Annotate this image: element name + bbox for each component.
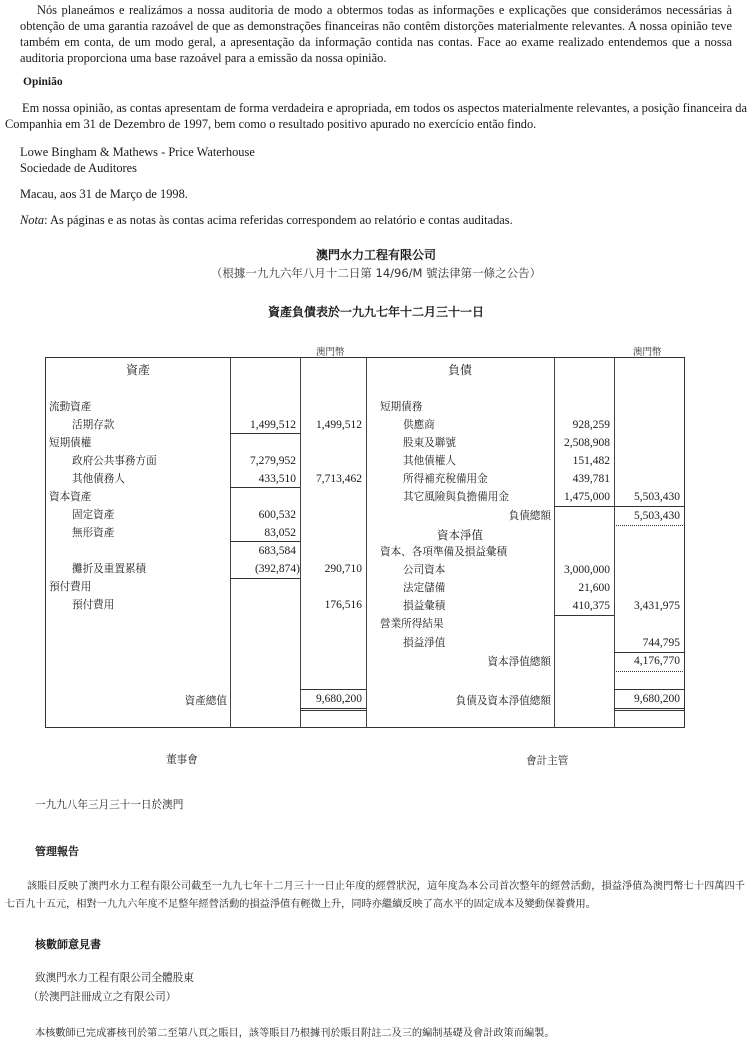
asset-value: 683,584 [232, 542, 296, 560]
opinion-paragraph: Em nossa opinião, as contas apresentam d… [5, 100, 747, 132]
liabilities-header: 負債 [366, 360, 554, 380]
grand-total-value: 9,680,200 [616, 690, 680, 708]
asset-row-label: 其他債務人 [72, 470, 125, 488]
asset-row-label: 短期債權 [49, 434, 91, 452]
equity-value: 410,375 [556, 597, 610, 615]
auditor-report-addressee-note: （於澳門註冊成立之有限公司） [28, 989, 176, 1004]
liability-value: 1,475,000 [556, 488, 610, 506]
company-subtitle: （根據一九九六年八月十二日第 14/96/M 號法律第一條之公告） [0, 265, 752, 281]
underline [554, 615, 614, 616]
asset-value: 7,279,952 [232, 452, 296, 470]
asset-subtotal: 176,516 [302, 596, 362, 614]
asset-row-label: 無形資產 [72, 524, 114, 542]
asset-row-label: 預付費用 [49, 578, 91, 596]
liability-row-label: 供應商 [403, 416, 435, 434]
equity-row-label: 公司資本 [403, 561, 445, 579]
assets-total-value: 9,680,200 [302, 690, 362, 708]
underline [230, 433, 300, 434]
asset-value: 1,499,512 [232, 416, 296, 434]
liability-value: 439,781 [556, 470, 610, 488]
opinion-heading: Opinião [23, 74, 63, 90]
place-date: Macau, aos 31 de Março de 1998. [20, 186, 188, 202]
asset-value: 600,532 [232, 506, 296, 524]
assets-header: 資產 [46, 360, 230, 380]
liabilities-total-value: 5,503,430 [616, 507, 680, 525]
signature-date-place: 一九九八年三月三十一日於澳門 [35, 797, 183, 812]
asset-row-label: 資本資產 [49, 488, 91, 506]
equity-row-label: 資本、各項準備及損益彙積 [380, 543, 507, 561]
asset-row-label: 政府公共事務方面 [72, 452, 157, 470]
note-line: Nota: As páginas e as notas às contas ac… [20, 212, 513, 228]
equity-subtotal: 744,795 [616, 634, 680, 652]
equity-total-value: 4,176,770 [616, 652, 680, 670]
asset-value: 83,052 [232, 524, 296, 542]
liability-row-label: 所得補充稅備用金 [403, 470, 488, 488]
asset-row-label: 固定資產 [72, 506, 114, 524]
balance-sheet-title: 資產負債表於一九九七年十二月三十一日 [0, 303, 752, 320]
liability-row-label: 其他債權人 [403, 452, 456, 470]
total-double-underline [300, 708, 366, 709]
liability-subtotal: 5,503,430 [616, 488, 680, 506]
liability-value: 928,259 [556, 416, 610, 434]
equity-header: 資本淨值 [366, 526, 554, 544]
equity-subtotal: 3,431,975 [616, 597, 680, 615]
liability-value: 2,508,908 [556, 434, 610, 452]
col-divider [300, 358, 301, 727]
auditor-report-heading: 核數師意見書 [35, 936, 101, 952]
asset-subtotal: 1,499,512 [302, 416, 362, 434]
underline [554, 506, 614, 507]
underline [230, 541, 300, 542]
equity-row-label: 損益淨值 [403, 634, 445, 652]
asset-subtotal: 290,710 [302, 560, 362, 578]
currency-label-liabilities: 澳門幣 [633, 344, 662, 358]
grand-total-label: 負債及資本淨值總額 [366, 692, 551, 710]
management-report-paragraph: 該賬目反映了澳門水力工程有限公司截至一九九七年十二月三十一日止年度的經營狀況，這… [5, 878, 745, 914]
underline [230, 487, 300, 488]
note-text: : As páginas e as notas às contas acima … [44, 213, 513, 227]
note-label: Nota [20, 213, 44, 227]
auditor-report-paragraph: 本核數師已完成審核刊於第二至第八頁之賬目，該等賬目乃根據刊於賬目附註二及三的編制… [35, 1024, 555, 1039]
equity-row-label: 營業所得結果 [380, 615, 444, 633]
accountant-signature: 會計主管 [526, 753, 568, 768]
auditor-report-addressee: 致澳門水力工程有限公司全體股東 [35, 970, 194, 985]
liability-value: 151,482 [556, 452, 610, 470]
balance-sheet-table: 資產 負債 流動資產 活期存款 短期債權 政府公共事務方面 其他債務人 資本資產… [45, 357, 685, 728]
total-double-underline [300, 710, 366, 711]
total-double-underline [614, 708, 685, 709]
equity-total-label: 資本淨值總額 [366, 653, 551, 671]
total-double-underline [614, 710, 685, 711]
underline [230, 578, 300, 579]
audit-scope-paragraph: Nós planeámos e realizámos a nossa audit… [20, 2, 732, 66]
liabilities-total-label: 負債總額 [366, 507, 551, 525]
asset-row-label: 預付費用 [72, 596, 114, 614]
col-divider [554, 358, 555, 727]
asset-row-label: 攤折及重置累積 [72, 560, 146, 578]
liability-row-label: 短期債務 [380, 398, 422, 416]
currency-label-assets: 澳門幣 [316, 344, 345, 358]
auditor-name: Lowe Bingham & Mathews - Price Waterhous… [20, 144, 255, 160]
asset-row-label: 流動資產 [49, 398, 91, 416]
col-divider [230, 358, 231, 727]
auditor-type: Sociedade de Auditores [20, 160, 137, 176]
board-signature: 董事會 [166, 752, 198, 767]
equity-row-label: 損益彙積 [403, 597, 445, 615]
assets-total-label: 資產總值 [46, 692, 227, 710]
asset-value: (392,874) [232, 560, 300, 578]
liability-row-label: 其它風險與負擔備用金 [403, 488, 509, 506]
company-name: 澳門水力工程有限公司 [0, 246, 752, 263]
dotted-underline [614, 671, 685, 672]
asset-row-label: 活期存款 [72, 416, 114, 434]
liability-row-label: 股東及聯號 [403, 434, 456, 452]
asset-subtotal: 7,713,462 [302, 470, 362, 488]
management-report-heading: 管理報告 [35, 843, 79, 859]
asset-value: 433,510 [232, 470, 296, 488]
equity-value: 3,000,000 [556, 561, 610, 579]
equity-value: 21,600 [556, 579, 610, 597]
equity-row-label: 法定儲備 [403, 579, 445, 597]
dotted-underline [614, 525, 685, 526]
